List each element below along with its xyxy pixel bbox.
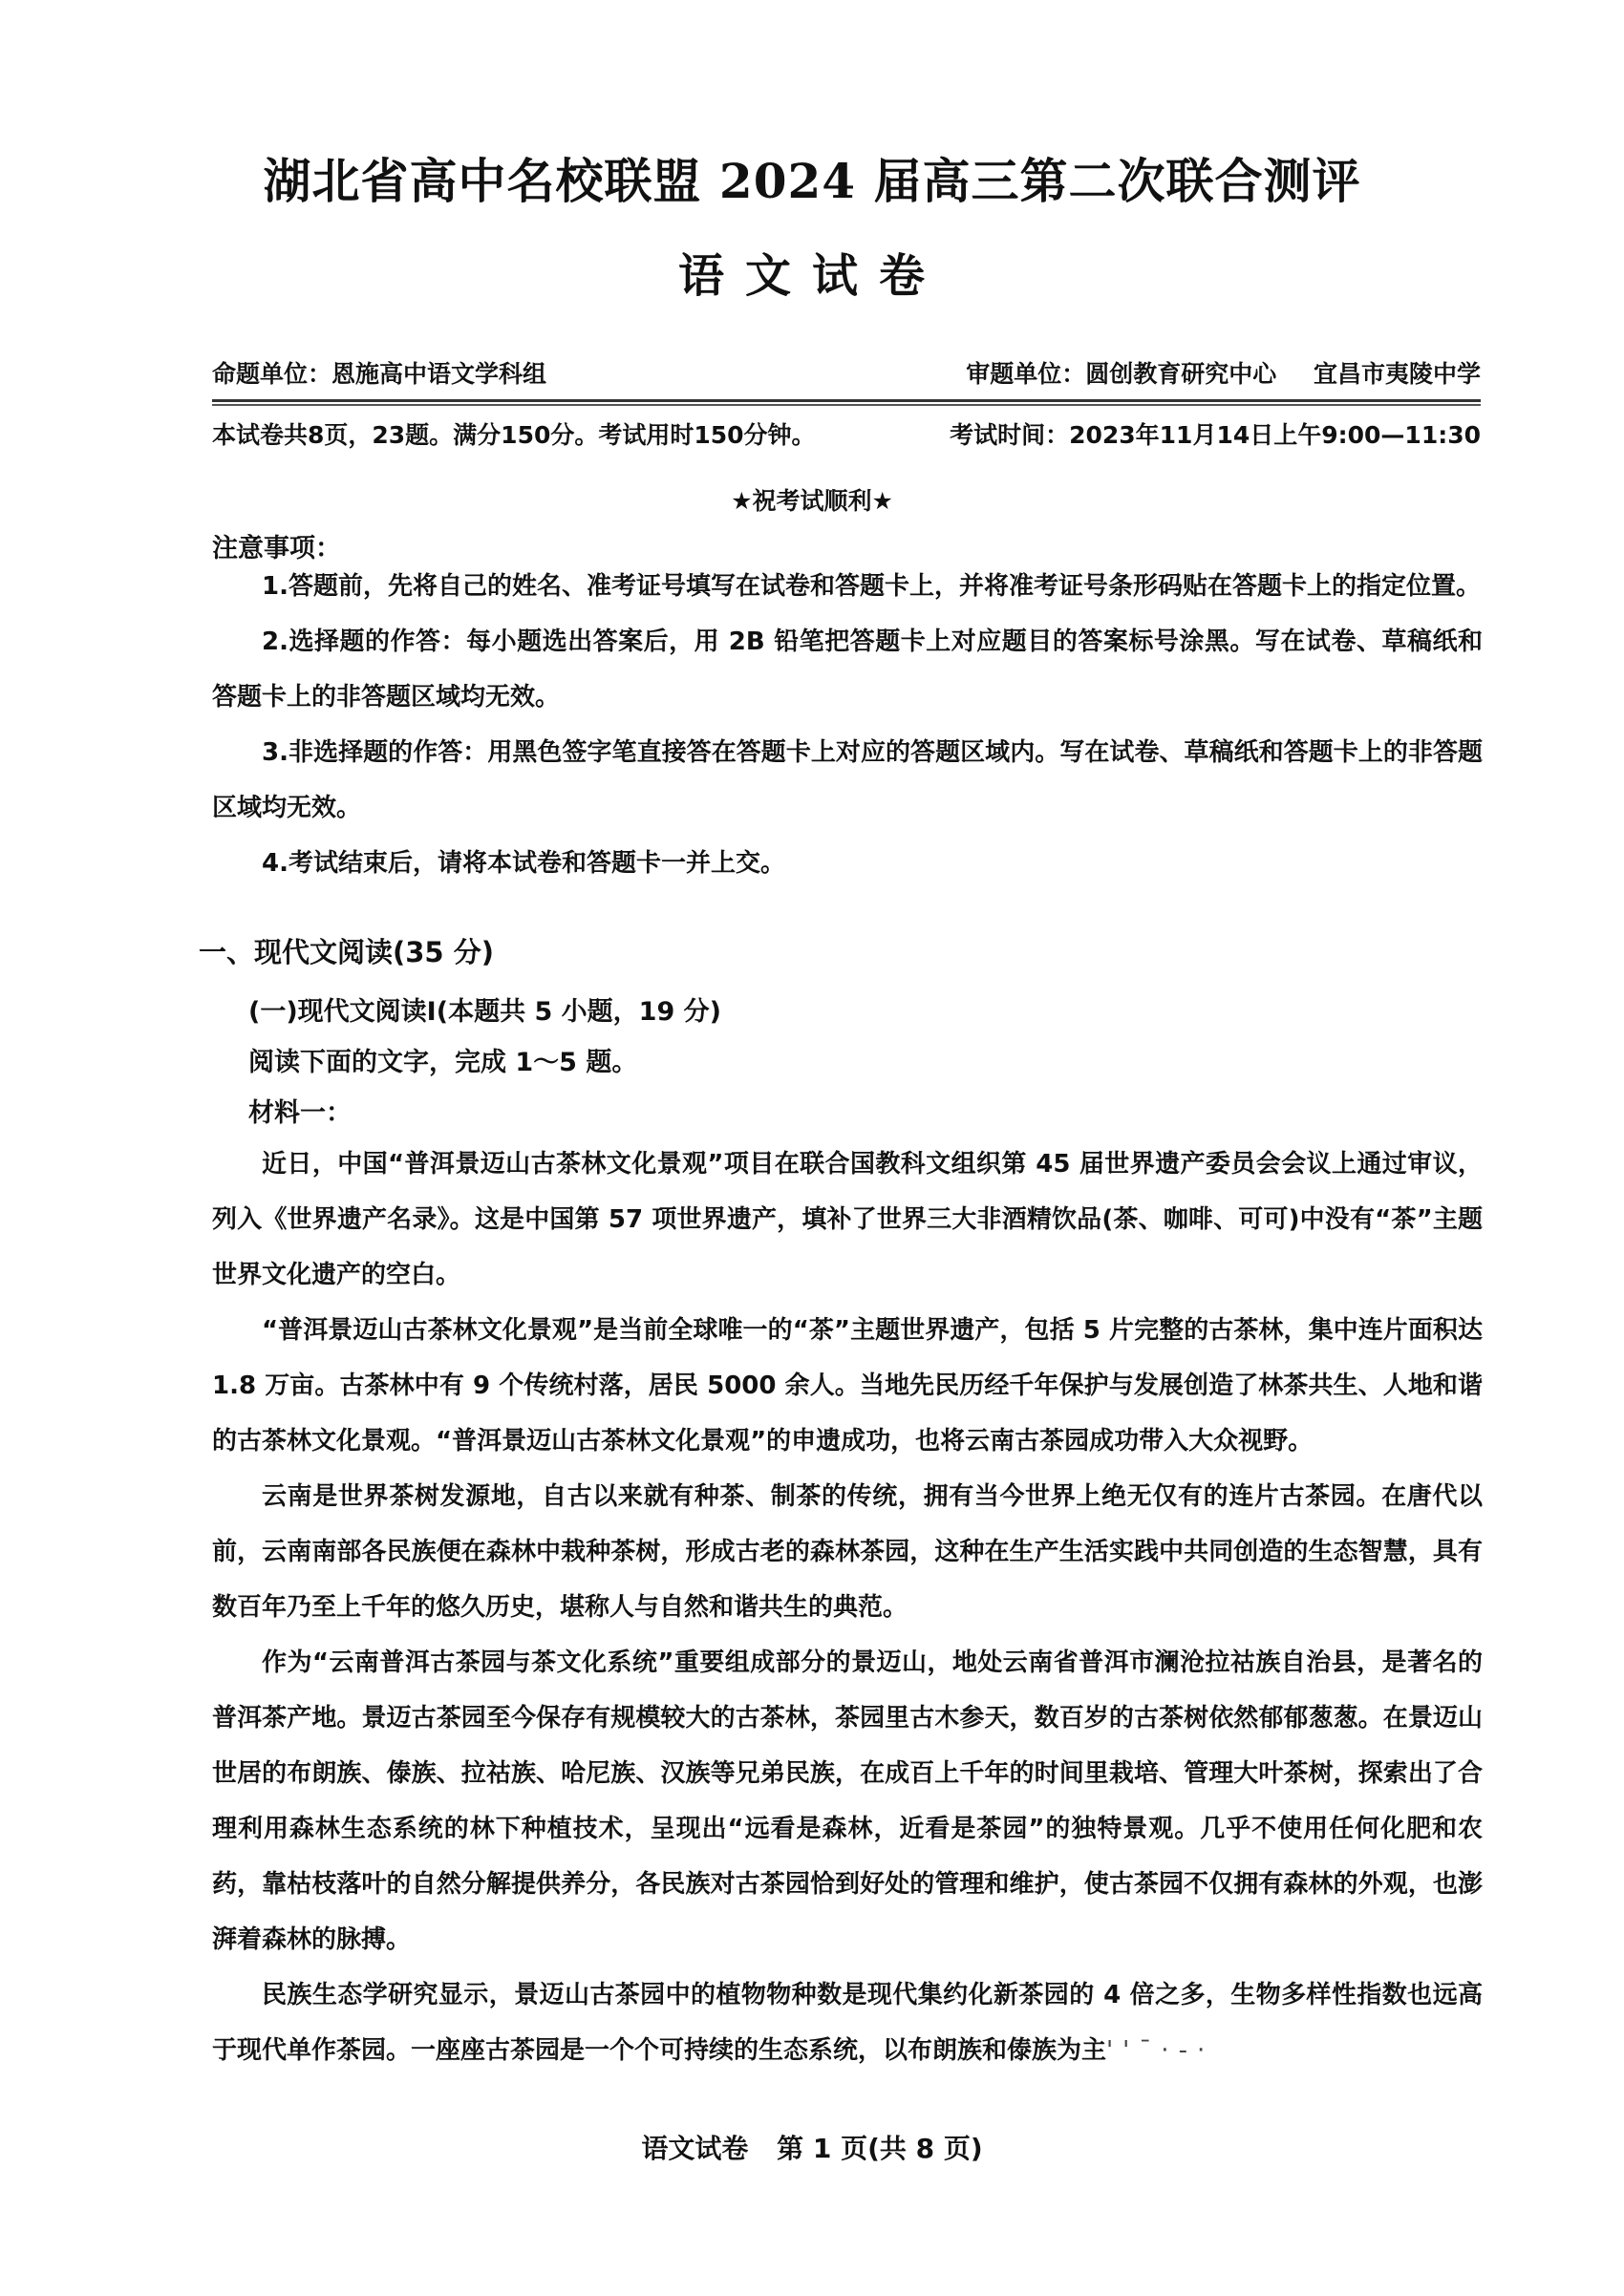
reading-instruction: 阅读下面的文字，完成 1～5 题。	[248, 1041, 637, 1078]
exam-page: 湖北省高中名校联盟 2024 届高三第二次联合测评 语文试卷 命题单位：恩施高中…	[0, 0, 1624, 2296]
review-unit: 审题单位：圆创教育研究中心	[966, 360, 1276, 388]
section-heading: 一、现代文阅读(35 分)	[199, 931, 494, 970]
notice-item: 4.考试结束后，请将本试卷和答题卡一并上交。	[212, 836, 1483, 891]
review-units: 审题单位：圆创教育研究中心 宜昌市夷陵中学	[966, 355, 1481, 390]
notice-item: 2.选择题的作答：每小题选出答案后，用 2B 铅笔把答题卡上对应题目的答案标号涂…	[212, 614, 1483, 725]
paragraph: “普洱景迈山古茶林文化景观”是当前全球唯一的“茶”主题世界遗产，包括 5 片完整…	[212, 1303, 1483, 1469]
notice-item: 1.答题前，先将自己的姓名、准考证号填写在试卷和答题卡上，并将准考证号条形码贴在…	[212, 559, 1483, 614]
exam-title: 湖北省高中名校联盟 2024 届高三第二次联合测评	[0, 143, 1624, 212]
paragraph: 作为“云南普洱古茶园与茶文化系统”重要组成部分的景迈山，地处云南省普洱市澜沧拉祜…	[212, 1635, 1483, 1967]
author-unit: 命题单位：恩施高中语文学科组	[212, 355, 546, 390]
exam-info: 本试卷共8页，23题。满分150分。考试用时150分钟。	[212, 416, 816, 451]
header-divider	[212, 399, 1481, 406]
review-unit-2: 宜昌市夷陵中学	[1314, 360, 1481, 388]
notices-list: 1.答题前，先将自己的姓名、准考证号填写在试卷和答题卡上，并将准考证号条形码贴在…	[212, 559, 1483, 891]
paragraph: 云南是世界茶树发源地，自古以来就有种茶、制茶的传统，拥有当今世界上绝无仅有的连片…	[212, 1469, 1483, 1635]
material-text: 近日，中国“普洱景迈山古茶林文化景观”项目在联合国教科文组织第 45 届世界遗产…	[212, 1137, 1483, 2078]
exam-info-row: 本试卷共8页，23题。满分150分。考试用时150分钟。 考试时间：2023年1…	[212, 416, 1481, 451]
section-subheading: (一)现代文阅读Ⅰ(本题共 5 小题，19 分)	[248, 990, 721, 1028]
exam-subject-title: 语文试卷	[0, 239, 1624, 305]
notice-item: 3.非选择题的作答：用黑色签字笔直接答在答题卡上对应的答题区域内。写在试卷、草稿…	[212, 725, 1483, 836]
footer-subject: 语文试卷	[641, 2133, 748, 2164]
exam-time: 考试时间：2023年11月14日上午9:00—11:30	[950, 416, 1481, 451]
material-label: 材料一：	[248, 1092, 352, 1129]
paragraph-text: 民族生态学研究显示，景迈山古茶园中的植物物种数是现代集约化新茶园的 4 倍之多，…	[212, 1981, 1483, 2065]
good-luck-banner: ★祝考试顺利★	[0, 482, 1624, 517]
cut-off-text: ''¯·-·	[1106, 2036, 1214, 2065]
footer-page-number: 第 1 页(共 8 页)	[777, 2133, 983, 2164]
paragraph: 近日，中国“普洱景迈山古茶林文化景观”项目在联合国教科文组织第 45 届世界遗产…	[212, 1137, 1483, 1303]
paragraph-last: 民族生态学研究显示，景迈山古茶园中的植物物种数是现代集约化新茶园的 4 倍之多，…	[212, 1967, 1483, 2078]
units-row: 命题单位：恩施高中语文学科组 审题单位：圆创教育研究中心 宜昌市夷陵中学	[212, 355, 1481, 390]
page-footer: 语文试卷 第 1 页(共 8 页)	[0, 2128, 1624, 2166]
